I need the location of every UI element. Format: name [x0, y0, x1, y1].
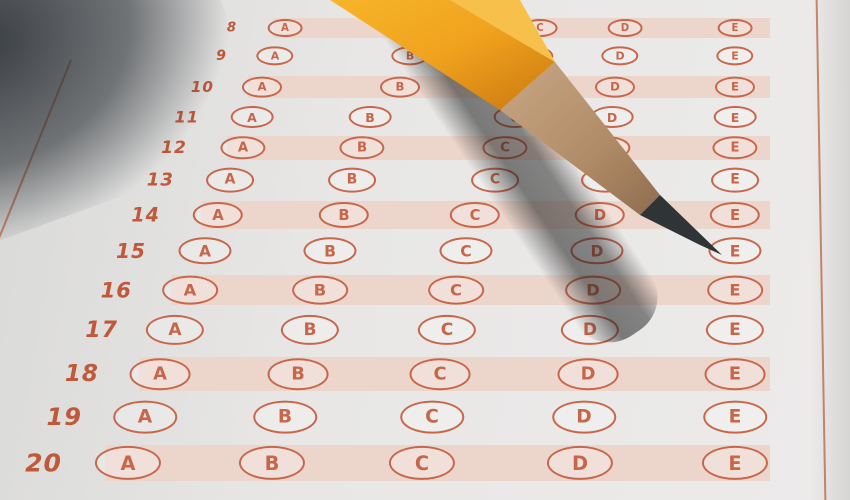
- answer-bubble-b[interactable]: B: [292, 276, 348, 305]
- answer-bubble-d[interactable]: D: [547, 446, 613, 480]
- answer-bubble-e[interactable]: E: [707, 276, 763, 305]
- answer-bubble-c[interactable]: C: [389, 446, 455, 480]
- answer-bubble-c[interactable]: C: [439, 237, 492, 264]
- answer-bubble-d[interactable]: D: [595, 77, 635, 98]
- answer-bubble-c[interactable]: C: [410, 358, 471, 390]
- answer-bubble-e[interactable]: E: [715, 77, 755, 98]
- answer-bubble-b[interactable]: B: [349, 106, 392, 128]
- answer-bubble-d[interactable]: D: [591, 106, 634, 128]
- answer-bubble-c[interactable]: C: [428, 276, 484, 305]
- answer-bubble-c[interactable]: C: [516, 46, 553, 65]
- answer-bubble-d[interactable]: D: [558, 358, 619, 390]
- question-number: 14: [108, 204, 160, 227]
- answer-bubble-e[interactable]: E: [706, 315, 764, 345]
- answer-bubble-d[interactable]: D: [601, 46, 638, 65]
- answer-bubble-e[interactable]: E: [716, 46, 753, 65]
- answer-bubble-b[interactable]: B: [303, 237, 356, 264]
- question-number: 17: [66, 317, 118, 343]
- answer-bubble-b[interactable]: B: [253, 401, 317, 434]
- question-number: 15: [94, 239, 146, 263]
- answer-bubble-a[interactable]: A: [268, 19, 303, 37]
- answer-bubble-a[interactable]: A: [162, 276, 218, 305]
- shadow-right: [810, 0, 850, 500]
- answer-bubble-e[interactable]: E: [714, 106, 757, 128]
- question-number: 16: [80, 278, 132, 303]
- answer-bubble-b[interactable]: B: [328, 168, 376, 193]
- answer-bubble-e[interactable]: E: [702, 446, 768, 480]
- answer-bubble-b[interactable]: B: [239, 446, 305, 480]
- answer-bubble-e[interactable]: E: [718, 19, 753, 37]
- row-band: [273, 18, 770, 37]
- answer-bubble-a[interactable]: A: [178, 237, 231, 264]
- answer-bubble-a[interactable]: A: [206, 168, 254, 193]
- answer-bubble-a[interactable]: A: [256, 46, 293, 65]
- answer-sheet-photo: 8ABCDE9ABCDE10ABCDE11ABCDE12ABCDE13ABCDE…: [0, 0, 850, 500]
- answer-bubble-c[interactable]: C: [400, 401, 464, 434]
- answer-bubble-c[interactable]: C: [418, 315, 476, 345]
- question-number: 19: [30, 403, 82, 431]
- answer-bubble-b[interactable]: B: [281, 315, 339, 345]
- answer-bubble-c[interactable]: C: [523, 19, 558, 37]
- answer-bubble-e[interactable]: E: [703, 401, 767, 434]
- answer-bubble-d[interactable]: D: [608, 19, 643, 37]
- answer-bubble-a[interactable]: A: [146, 315, 204, 345]
- answer-bubble-d[interactable]: D: [552, 401, 616, 434]
- question-number: 20: [10, 449, 62, 478]
- answer-bubble-e[interactable]: E: [708, 237, 761, 264]
- answer-bubble-a[interactable]: A: [130, 358, 191, 390]
- answer-bubble-a[interactable]: A: [95, 446, 161, 480]
- answer-bubble-a[interactable]: A: [113, 401, 177, 434]
- answer-bubble-e[interactable]: E: [705, 358, 766, 390]
- question-number: 18: [47, 361, 99, 387]
- answer-bubble-e[interactable]: E: [711, 168, 759, 193]
- answer-bubble-b[interactable]: B: [268, 358, 329, 390]
